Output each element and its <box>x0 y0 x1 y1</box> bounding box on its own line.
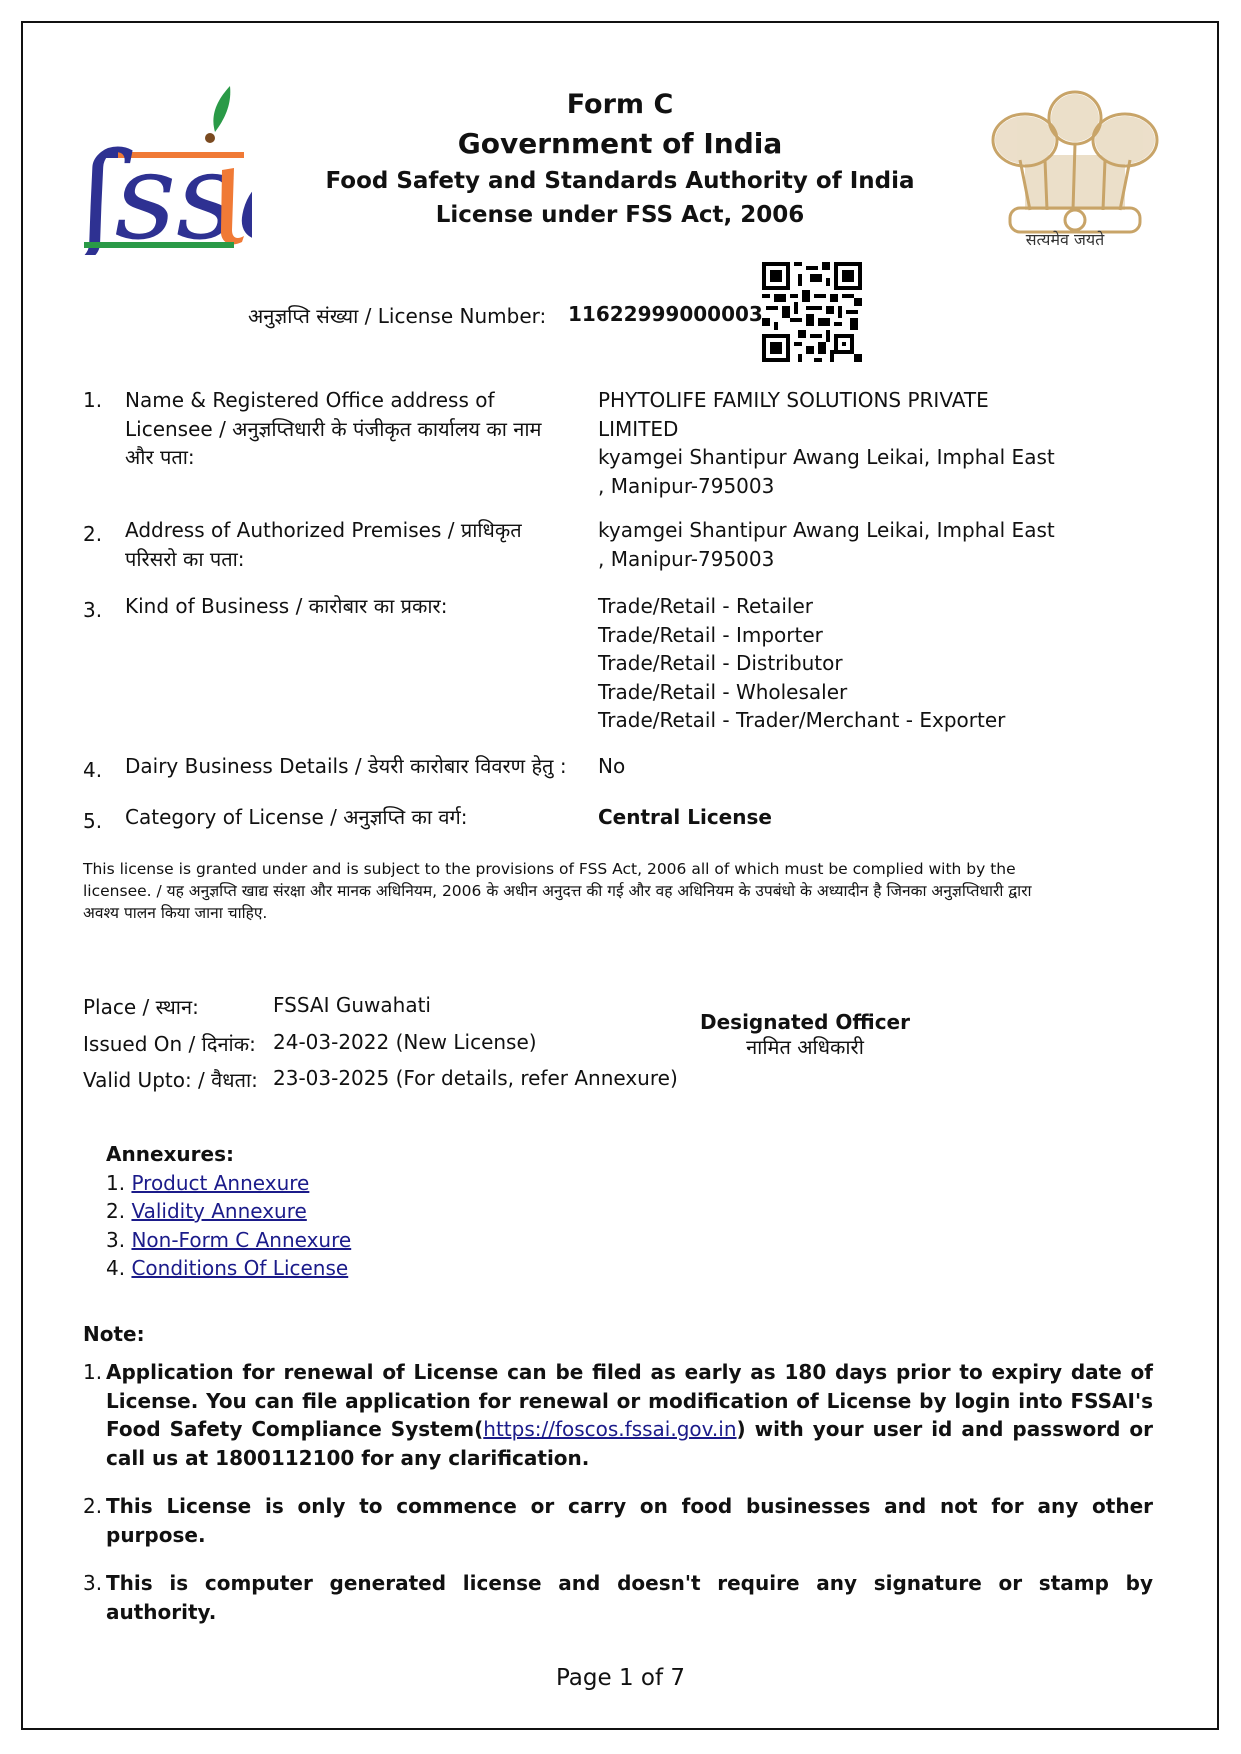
annexures-title: Annexures: <box>106 1140 351 1169</box>
form-title: Form C <box>320 86 920 124</box>
designated-officer: Designated Officer नामित अधिकारी <box>700 1010 910 1060</box>
annexure-item: 4. Conditions Of License <box>106 1254 351 1283</box>
note-number: 1. <box>83 1358 102 1387</box>
license-category: Central License <box>598 803 1118 832</box>
field-value: No <box>598 752 1118 781</box>
note-text: This is computer generated license and d… <box>106 1571 1153 1624</box>
officer-title: Designated Officer <box>700 1010 910 1035</box>
emblem-motto: सत्यमेव जयते <box>985 228 1145 250</box>
conditions-of-license-link[interactable]: Conditions Of License <box>131 1256 348 1280</box>
note-number: 3. <box>83 1569 102 1598</box>
valid-value: 23-03-2025 (For details, refer Annexure) <box>273 1066 678 1090</box>
officer-title-hindi: नामित अधिकारी <box>700 1035 910 1060</box>
field-value: PHYTOLIFE FAMILY SOLUTIONS PRIVATE LIMIT… <box>598 386 1118 500</box>
dairy-business-value: No <box>598 752 1118 781</box>
field-value: Central License <box>598 803 1118 832</box>
legal-notice: This license is granted under and is sub… <box>83 858 1063 924</box>
field-label: Dairy Business Details / डेयरी कारोबार व… <box>125 752 595 781</box>
product-annexure-link[interactable]: Product Annexure <box>131 1171 309 1195</box>
note-text: This License is only to commence or carr… <box>106 1494 1153 1547</box>
annexure-number: 1. <box>106 1171 125 1195</box>
field-label: Category of License / अनुज्ञप्ति का वर्ग… <box>125 803 565 832</box>
annexure-item: 3. Non-Form C Annexure <box>106 1226 351 1255</box>
field-number: 4. <box>83 756 113 785</box>
license-number-label: अनुज्ञप्ति संख्या / License Number: <box>248 304 546 328</box>
licensee-address: kyamgei Shantipur Awang Leikai, Imphal E… <box>598 443 1058 500</box>
foscos-link[interactable]: https://foscos.fssai.gov.in <box>483 1417 736 1441</box>
validity-annexure-link[interactable]: Validity Annexure <box>131 1199 306 1223</box>
issued-value: 24-03-2022 (New License) <box>273 1030 537 1054</box>
business-kind: Trade/Retail - Retailer <box>598 592 1118 621</box>
business-kind: Trade/Retail - Trader/Merchant - Exporte… <box>598 706 1118 735</box>
business-kind: Trade/Retail - Wholesaler <box>598 678 1118 707</box>
field-number: 5. <box>83 807 113 836</box>
license-number-row: अनुज्ञप्ति संख्या / License Number: 1162… <box>248 302 546 329</box>
place-value: FSSAI Guwahati <box>273 993 431 1017</box>
note-title: Note: <box>83 1320 1153 1348</box>
act-title: License under FSS Act, 2006 <box>320 198 920 232</box>
business-kind: Trade/Retail - Importer <box>598 621 1118 650</box>
annexure-number: 2. <box>106 1199 125 1223</box>
annexure-number: 4. <box>106 1256 125 1280</box>
field-label: Address of Authorized Premises / प्राधिक… <box>125 516 535 573</box>
field-number: 1. <box>83 386 113 415</box>
note-item: 2.This License is only to commence or ca… <box>83 1492 1153 1549</box>
field-number: 3. <box>83 596 113 625</box>
field-value: kyamgei Shantipur Awang Leikai, Imphal E… <box>598 516 1118 573</box>
national-emblem: सत्यमेव जयते <box>985 80 1165 255</box>
field-value: Trade/Retail - Retailer Trade/Retail - I… <box>598 592 1118 735</box>
issued-label: Issued On / दिनांक: <box>83 1030 256 1057</box>
note-number: 2. <box>83 1492 102 1521</box>
note-item: 3.This is computer generated license and… <box>83 1569 1153 1626</box>
annexure-number: 3. <box>106 1228 125 1252</box>
valid-label: Valid Upto: / वैधता: <box>83 1066 258 1093</box>
licensee-name: PHYTOLIFE FAMILY SOLUTIONS PRIVATE LIMIT… <box>598 386 998 443</box>
authority-title: Food Safety and Standards Authority of I… <box>320 164 920 198</box>
page-indicator: Page 1 of 7 <box>0 1665 1241 1691</box>
fssai-logo: ʃssa <box>82 80 252 255</box>
non-form-c-annexure-link[interactable]: Non-Form C Annexure <box>131 1228 351 1252</box>
qr-code-icon <box>762 262 862 362</box>
annexures: Annexures: 1. Product Annexure 2. Validi… <box>106 1140 351 1283</box>
field-label: Kind of Business / कारोबार का प्रकार: <box>125 592 565 621</box>
place-label: Place / स्थान: <box>83 993 199 1020</box>
note-item: 1.Application for renewal of License can… <box>83 1358 1153 1472</box>
document-header: Form C Government of India Food Safety a… <box>320 86 920 232</box>
annexure-item: 1. Product Annexure <box>106 1169 351 1198</box>
business-kind: Trade/Retail - Distributor <box>598 649 1118 678</box>
annexure-item: 2. Validity Annexure <box>106 1197 351 1226</box>
notes: Note: 1.Application for renewal of Licen… <box>83 1320 1153 1646</box>
license-number-value: 11622999000003 <box>568 302 763 326</box>
field-number: 2. <box>83 520 113 549</box>
government-title: Government of India <box>320 124 920 164</box>
premises-address: kyamgei Shantipur Awang Leikai, Imphal E… <box>598 516 1058 573</box>
field-label: Name & Registered Office address of Lice… <box>125 386 565 472</box>
